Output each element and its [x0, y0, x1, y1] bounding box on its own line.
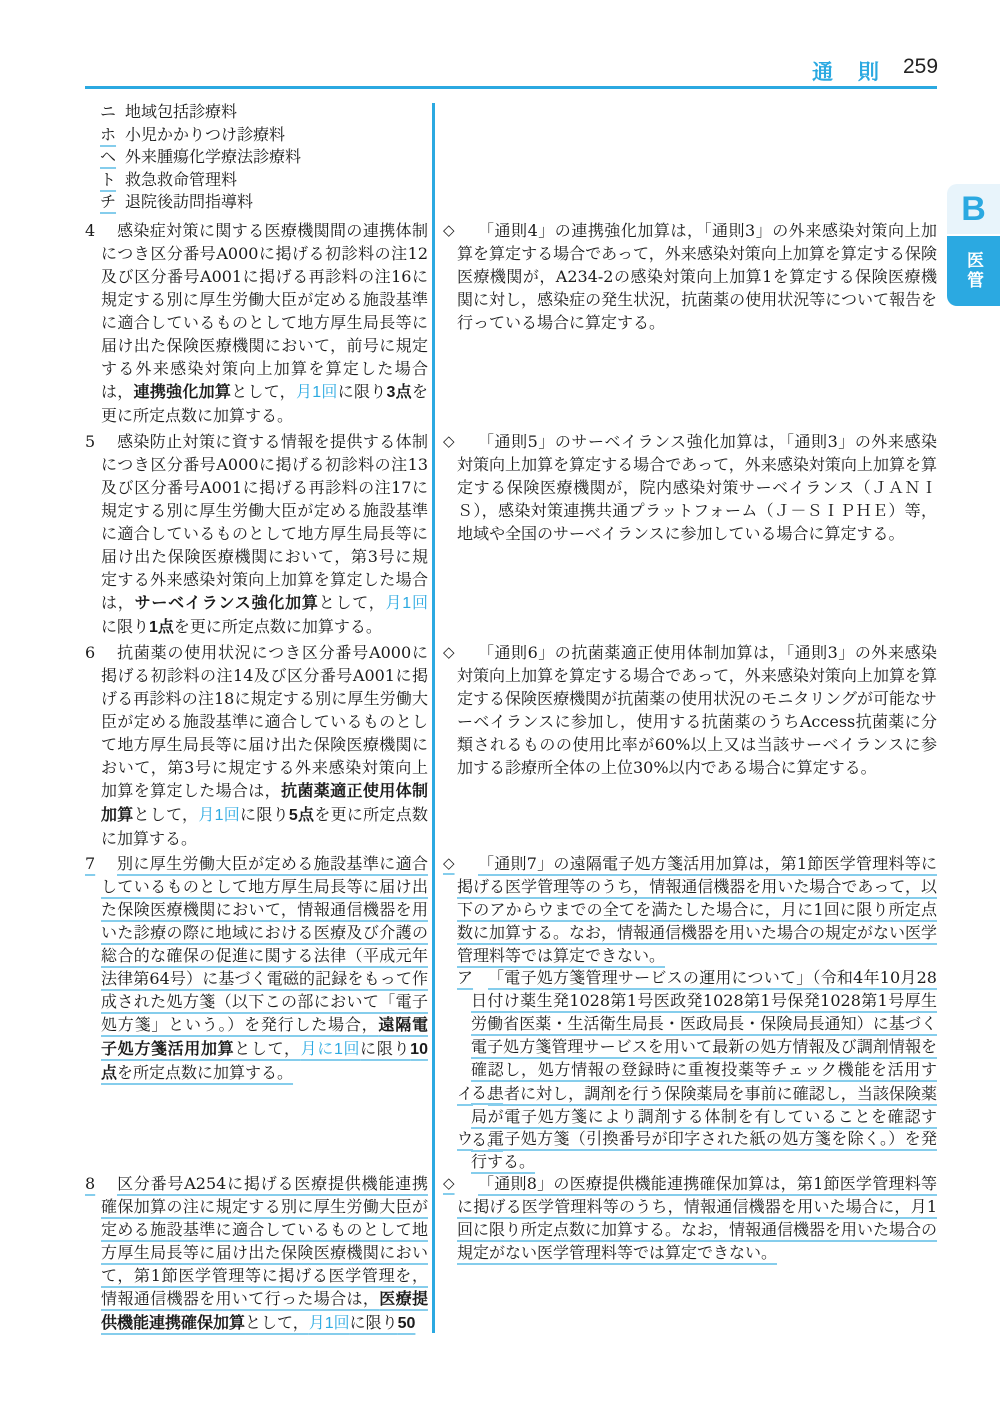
diamond-marker-icon: ◇	[443, 641, 455, 664]
commentary-sub-item-u: ウ 電子処方箋（引換番号が印字された紙の処方箋を除く。）を発行する。	[457, 1127, 937, 1173]
item-text: 感染防止対策に資する情報を提供する体制につき区分番号A000に掲げる初診料の注1…	[85, 430, 428, 639]
column-divider	[432, 103, 435, 1333]
provision-item-7: 7 別に厚生労働大臣が定める施設基準に適合しているものとして地方厚生局長等に届け…	[85, 852, 428, 1085]
header-rule	[85, 86, 937, 89]
commentary-text: 「通則8」の医療提供機能連携確保加算は，第1節医学管理料等に掲げる医学管理料等の…	[443, 1172, 937, 1264]
item-text: 抗菌薬の使用状況につき区分番号A000に掲げる初診料の注14及び区分番号A001…	[85, 641, 428, 850]
list-marker: ニ	[100, 101, 117, 124]
diamond-marker-icon: ◇	[443, 1172, 455, 1195]
commentary-text: 「通則6」の抗菌薬適正使用体制加算は，「通則3」の外来感染対策向上加算を算定する…	[443, 641, 937, 779]
list-item: チ退院後訪問指導料	[100, 191, 430, 214]
provision-item-5: 5 感染防止対策に資する情報を提供する体制につき区分番号A000に掲げる初診料の…	[85, 430, 428, 639]
list-marker: ト	[100, 169, 117, 192]
intro-list: ニ地域包括診療料 ホ小児かかりつけ診療料 ヘ外来腫瘍化学療法診療料 ト救急救命管…	[100, 101, 430, 214]
list-item-label: 小児かかりつけ診療料	[125, 125, 285, 144]
section-index-tab: B	[947, 184, 1000, 234]
commentary-tsusoku-7: ◇ 「通則7」の遠隔電子処方箋活用加算は，第1節医学管理料等に掲げる医学管理等の…	[443, 852, 937, 967]
list-marker: ヘ	[100, 146, 117, 169]
commentary-tsusoku-4: ◇ 「通則4」の連携強化加算は，「通則3」の外来感染対策向上加算を算定する場合で…	[443, 219, 937, 334]
sub-item-marker: ウ	[457, 1127, 473, 1150]
list-item: ニ地域包括診療料	[100, 101, 430, 124]
list-item-label: 地域包括診療料	[125, 102, 237, 121]
diamond-marker-icon: ◇	[443, 852, 455, 875]
item-text: 区分番号A254に掲げる医療提供機能連携確保加算の注に規定する別に厚生労働大臣が…	[85, 1172, 428, 1335]
sub-item-marker: イ	[457, 1082, 473, 1105]
diamond-marker-icon: ◇	[443, 219, 455, 242]
list-item: ホ小児かかりつけ診療料	[100, 124, 430, 147]
item-number: 4	[85, 219, 95, 242]
section-header: 通 則	[812, 56, 881, 86]
commentary-tsusoku-5: ◇ 「通則5」のサーベイランス強化加算は，「通則3」の外来感染対策向上加算を算定…	[443, 430, 937, 545]
provision-item-8: 8 区分番号A254に掲げる医療提供機能連携確保加算の注に規定する別に厚生労働大…	[85, 1172, 428, 1335]
sub-item-text: 電子処方箋（引換番号が印字された紙の処方箋を除く。）を発行する。	[457, 1127, 937, 1173]
item-number: 8	[85, 1172, 95, 1195]
item-number: 7	[85, 852, 95, 875]
commentary-text: 「通則5」のサーベイランス強化加算は，「通則3」の外来感染対策向上加算を算定する…	[443, 430, 937, 545]
commentary-tsusoku-8: ◇ 「通則8」の医療提供機能連携確保加算は，第1節医学管理料等に掲げる医学管理料…	[443, 1172, 937, 1264]
item-text: 感染症対策に関する医療機関間の連携体制につき区分番号A000に掲げる初診料の注1…	[85, 219, 428, 427]
item-text: 別に厚生労働大臣が定める施設基準に適合しているものとして地方厚生局長等に届け出た…	[85, 852, 428, 1085]
item-number: 5	[85, 430, 95, 453]
list-item: ヘ外来腫瘍化学療法診療料	[100, 146, 430, 169]
commentary-text: 「通則4」の連携強化加算は，「通則3」の外来感染対策向上加算を算定する場合であっ…	[443, 219, 937, 334]
list-item-label: 退院後訪問指導料	[125, 192, 253, 211]
diamond-marker-icon: ◇	[443, 430, 455, 453]
sub-item-marker: ア	[457, 966, 473, 989]
page-number: 259	[903, 55, 938, 79]
list-marker: チ	[100, 191, 117, 214]
document-page: 通 則 259 B 医管 ニ地域包括診療料 ホ小児かかりつけ診療料 ヘ外来腫瘍化…	[0, 0, 1000, 1412]
provision-item-6: 6 抗菌薬の使用状況につき区分番号A000に掲げる初診料の注14及び区分番号A0…	[85, 641, 428, 850]
list-item-label: 救急救命管理料	[125, 170, 237, 189]
list-item-label: 外来腫瘍化学療法診療料	[125, 147, 301, 166]
list-marker: ホ	[100, 124, 117, 147]
category-tab-label: 医管	[961, 251, 986, 291]
item-number: 6	[85, 641, 95, 664]
list-item: ト救急救命管理料	[100, 169, 430, 192]
commentary-text: 「通則7」の遠隔電子処方箋活用加算は，第1節医学管理料等に掲げる医学管理等のうち…	[443, 852, 937, 967]
category-tab: 医管	[947, 236, 1000, 306]
commentary-tsusoku-6: ◇ 「通則6」の抗菌薬適正使用体制加算は，「通則3」の外来感染対策向上加算を算定…	[443, 641, 937, 779]
section-index-letter: B	[961, 190, 986, 229]
provision-item-4: 4 感染症対策に関する医療機関間の連携体制につき区分番号A000に掲げる初診料の…	[85, 219, 428, 427]
